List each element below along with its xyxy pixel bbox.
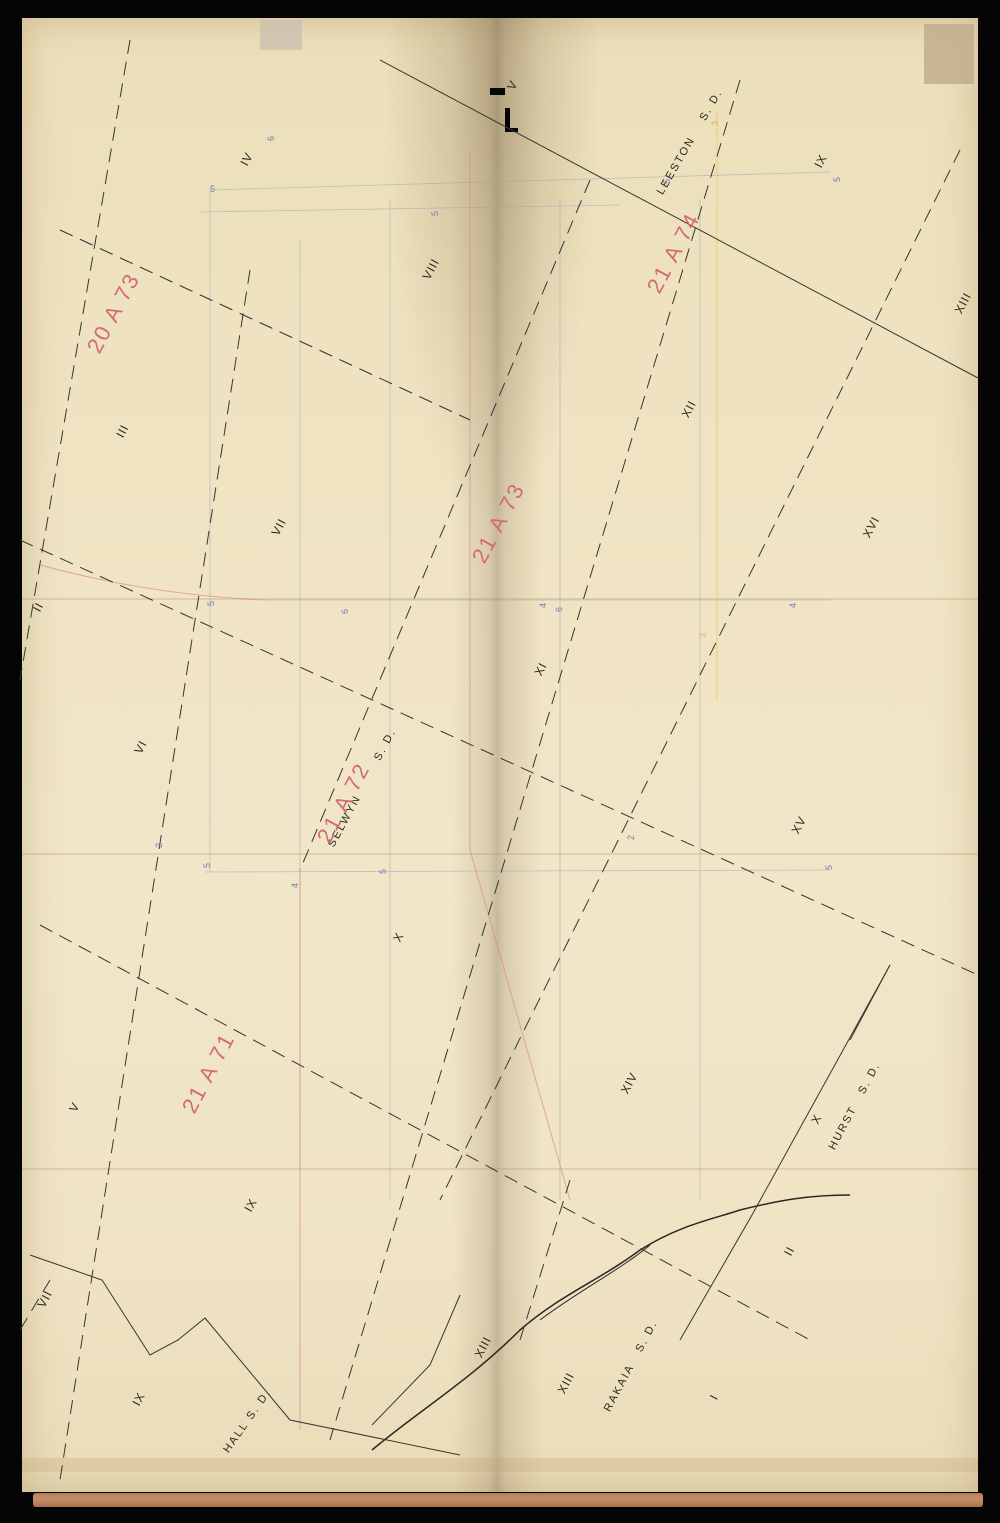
boundary-lines	[30, 60, 978, 1455]
grid-number: 5	[206, 600, 216, 606]
grid-number: 5	[662, 178, 672, 184]
grid-number: 3	[710, 120, 720, 126]
grid-number: 5	[202, 862, 212, 868]
grid-number: 6	[340, 608, 350, 614]
river-bank	[540, 1245, 650, 1320]
grid-number: 4	[538, 602, 548, 608]
grid-number: 2	[154, 842, 164, 848]
grid-number: 5	[378, 868, 388, 874]
dashed-block-lines	[20, 40, 978, 1480]
grid-number: 5	[430, 210, 440, 216]
red-pencil-lines	[40, 150, 570, 1430]
grid-number: 6	[554, 606, 564, 612]
grid-lines	[200, 172, 830, 1200]
grid-number: 5	[824, 864, 834, 870]
grid-number: 3	[698, 632, 708, 638]
grid-number: 5	[832, 176, 842, 182]
grid-number: 2	[626, 834, 636, 840]
grid-number: 6	[266, 135, 276, 141]
grid-number: 4	[290, 882, 300, 888]
map-linework	[0, 0, 1000, 1523]
grid-number: 5	[210, 184, 216, 194]
grid-number: 4	[788, 602, 798, 608]
